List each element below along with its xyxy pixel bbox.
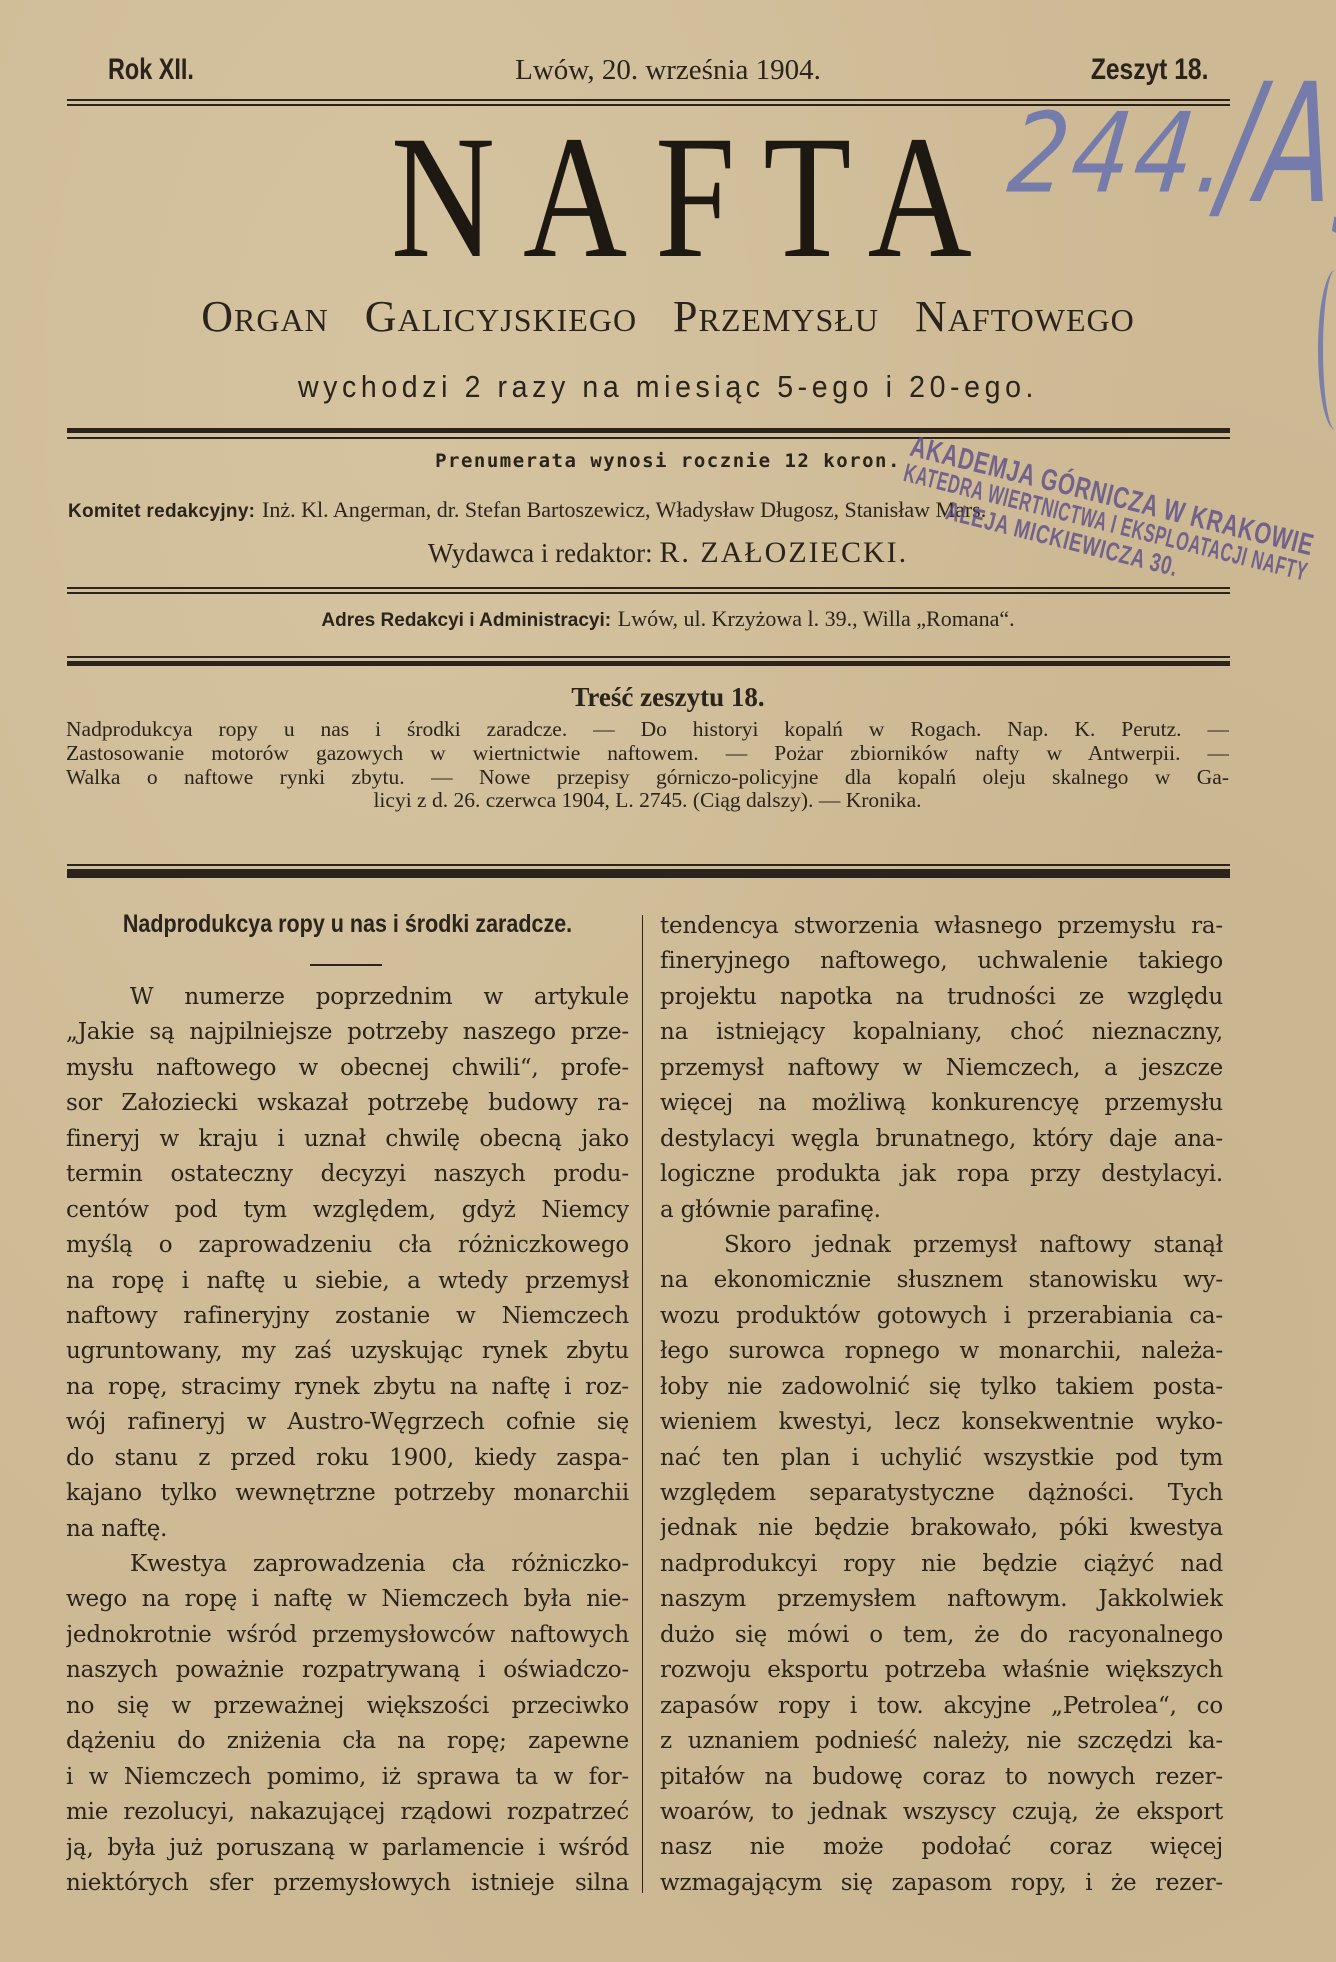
text-line: wieniem kwestyi, lecz konsekwentnie wyko… xyxy=(660,1405,1223,1440)
text-line: W numerze poprzednim w artykule xyxy=(66,980,629,1015)
text-line: naftowy rafineryjny zostanie w Niemczech xyxy=(66,1299,629,1334)
text-line: a głównie parafinę. xyxy=(660,1193,1223,1228)
text-line: sor Załoziecki wskazał potrzebę budowy r… xyxy=(66,1086,629,1121)
masthead-rule-thin xyxy=(67,437,1230,439)
text-line: łoby nie zadowolnić się tylko takiem pos… xyxy=(660,1370,1223,1405)
toc-line: Nadprodukcya ropy u nas i środki zaradcz… xyxy=(66,718,1229,742)
committee-line: Komitet redakcyjny: Inż. Kl. Angerman, d… xyxy=(68,496,986,526)
text-line: mysłu naftowego w obecnej chwili“, profe… xyxy=(66,1051,629,1086)
text-line: dążeniu do zniżenia cła na ropę; zapewne xyxy=(66,1724,629,1759)
text-line: destylacyi węgla brunatnego, który daje … xyxy=(660,1122,1223,1157)
text-line: niektórych sfer przemysłowych istnieje s… xyxy=(66,1866,629,1901)
subtitle-word: GALICYJSKIEGO xyxy=(365,292,637,341)
text-line: ją, była już poruszaną w parlamencie i w… xyxy=(66,1831,629,1866)
toc-rule-thick xyxy=(67,869,1230,878)
text-line: więcej na możliwą konkurencyę przemysłu xyxy=(660,1086,1223,1121)
text-line: tendencya stworzenia własnego przemysłu … xyxy=(660,909,1223,944)
subtitle-word: PRZEMYSŁU xyxy=(673,292,879,341)
text-line: Kwestya zaprowadzenia cła różniczko- xyxy=(66,1547,629,1582)
frequency-line: wychodzi 2 razy na miesiąc 5-ego i 20-eg… xyxy=(53,368,1282,406)
text-line: jednak nie będzie brakowało, póki kwesty… xyxy=(660,1511,1223,1546)
text-line: dużo się mówi o tem, że do racyonalnego xyxy=(660,1618,1223,1653)
publisher-name: R. ZAŁOZIECKI. xyxy=(659,536,908,569)
toc-line: Walka o naftowe rynki zbytu. — Nowe prze… xyxy=(66,766,1229,790)
committee-label: Komitet redakcyjny: xyxy=(68,501,255,522)
text-line: no się w przeważnej większości przeciwko xyxy=(66,1689,629,1724)
text-line: wozu produktów gotowych i przerabiania c… xyxy=(660,1299,1223,1334)
text-line: rozwoju eksportu potrzeba właśnie większ… xyxy=(660,1653,1223,1688)
column-divider xyxy=(642,915,643,1893)
address-rule-thin xyxy=(67,656,1230,658)
text-line: pitałów na budowę coraz to nowych rezer- xyxy=(660,1760,1223,1795)
text-line: na ropę, stracimy rynek zbytu na naftę i… xyxy=(66,1370,629,1405)
text-line: wzmagającym się zapasom ropy, i że rezer… xyxy=(660,1866,1223,1901)
text-line: na naftę. xyxy=(66,1512,629,1547)
handwritten-number: 244. xyxy=(1002,89,1238,217)
subscription-line: Prenumerata wynosi rocznie 12 koron. xyxy=(0,450,1336,472)
text-line: przemysł naftowy w Niemczech, a jeszcze xyxy=(660,1051,1223,1086)
text-line: na ropę i naftę u siebie, a wtedy przemy… xyxy=(66,1264,629,1299)
toc-line: Zastosowanie motorów gazowych w wiertnic… xyxy=(66,742,1229,766)
toc-title: Treść zeszytu 18. xyxy=(0,682,1336,713)
text-line: nasz nie może podołać coraz więcej xyxy=(660,1830,1223,1865)
publisher-label: Wydawca i redaktor: xyxy=(428,538,653,568)
text-line: projektu napotka na trudności ze względu xyxy=(660,980,1223,1015)
toc-body: Nadprodukcya ropy u nas i środki zaradcz… xyxy=(66,718,1229,813)
address-line: Adres Redakcyi i Administracyi: Lwów, ul… xyxy=(0,606,1336,632)
article-title: Nadprodukcya ropy u nas i środki zaradcz… xyxy=(105,910,589,939)
subtitle-word: NAFTOWEGO xyxy=(915,292,1135,341)
text-line: jednokrotnie wśród przemysłowców naftowy… xyxy=(66,1618,629,1653)
text-line: na istniejący kopalniany, choć nieznaczn… xyxy=(660,1015,1223,1050)
address-value: Lwów, ul. Krzyżowa l. 39., Willa „Romana… xyxy=(618,606,1015,631)
text-line: nadprodukcyi ropy nie będzie ciążyć nad xyxy=(660,1547,1223,1582)
article-left-column: W numerze poprzednim w artykule „Jakie s… xyxy=(66,980,629,1901)
info-rule-top xyxy=(67,587,1230,589)
text-line: z uznaniem podnieść należy, nie szczędzi… xyxy=(660,1724,1223,1759)
text-line: wój rafineryj w Austro-Węgrzech cofnie s… xyxy=(66,1405,629,1440)
text-line: nać ten plan i uchylić wszystkie pod tym xyxy=(660,1441,1223,1476)
text-line: logiczne produkta jak ropa przy destylac… xyxy=(660,1157,1223,1192)
text-line: woarów, to jednak wszyscy czują, że eksp… xyxy=(660,1795,1223,1830)
address-rule-thick xyxy=(67,661,1230,666)
toc-line: licyi z d. 26. czerwca 1904, L. 2745. (C… xyxy=(66,789,1229,813)
text-line: mie rezolucyi, nakazującej rządowi rozpa… xyxy=(66,1795,629,1830)
text-line: naszym przemysłem naftowym. Jakkolwiek xyxy=(660,1582,1223,1617)
text-line: łego surowca ropnego w monarchii, należa… xyxy=(660,1334,1223,1369)
text-line: Skoro jednak przemysł naftowy stanął xyxy=(660,1228,1223,1263)
text-line: względem separatystyczne dążności. Tych xyxy=(660,1476,1223,1511)
text-line: ugruntowany, my zaś uzyskując rynek zbyt… xyxy=(66,1334,629,1369)
title-divider xyxy=(310,964,382,966)
handwritten-mark: /Ag xyxy=(1215,48,1336,240)
text-line: do stanu z przed roku 1900, kiedy zaspa- xyxy=(66,1441,629,1476)
text-line: naszych poważnie rozpatrywaną i oświadcz… xyxy=(66,1653,629,1688)
committee-members: Inż. Kl. Angerman, dr. Stefan Bartoszewi… xyxy=(262,497,986,522)
text-line: zapasów ropy i tow. akcyjne „Petrolea“, … xyxy=(660,1689,1223,1724)
text-line: wego na ropę i naftę w Niemczech była ni… xyxy=(66,1582,629,1617)
text-line: centów pod tym względem, gdyż Niemcy xyxy=(66,1193,629,1228)
info-rule-bottom xyxy=(67,592,1230,594)
text-line: „Jakie są najpilniejsze potrzeby naszego… xyxy=(66,1015,629,1050)
article-right-column: tendencya stworzenia własnego przemysłu … xyxy=(660,909,1223,1901)
toc-rule-thin xyxy=(67,864,1230,866)
masthead-subtitle: ORGAN GALICYJSKIEGO PRZEMYSŁU NAFTOWEGO xyxy=(0,292,1336,345)
subtitle-word: ORGAN xyxy=(201,292,328,341)
address-label: Adres Redakcyi i Administracyi: xyxy=(321,610,611,631)
masthead-rule-thick xyxy=(67,428,1230,433)
text-line: fineryjnego naftowego, uchwalenie takieg… xyxy=(660,944,1223,979)
text-line: na ekonomicznie słusznem stanowisku wy- xyxy=(660,1263,1223,1298)
issue-label: Zeszyt 18. xyxy=(1090,50,1208,90)
text-line: termin ostateczny decyzyi naszych produ- xyxy=(66,1157,629,1192)
text-line: kajano tylko wewnętrzne potrzeby monarch… xyxy=(66,1476,629,1511)
text-line: fineryj w kraju i uznał chwilę obecną ja… xyxy=(66,1122,629,1157)
text-line: myślą o zaprowadzeniu cła różniczkowego xyxy=(66,1228,629,1263)
text-line: i w Niemczech pomimo, iż sprawa ta w for… xyxy=(66,1760,629,1795)
